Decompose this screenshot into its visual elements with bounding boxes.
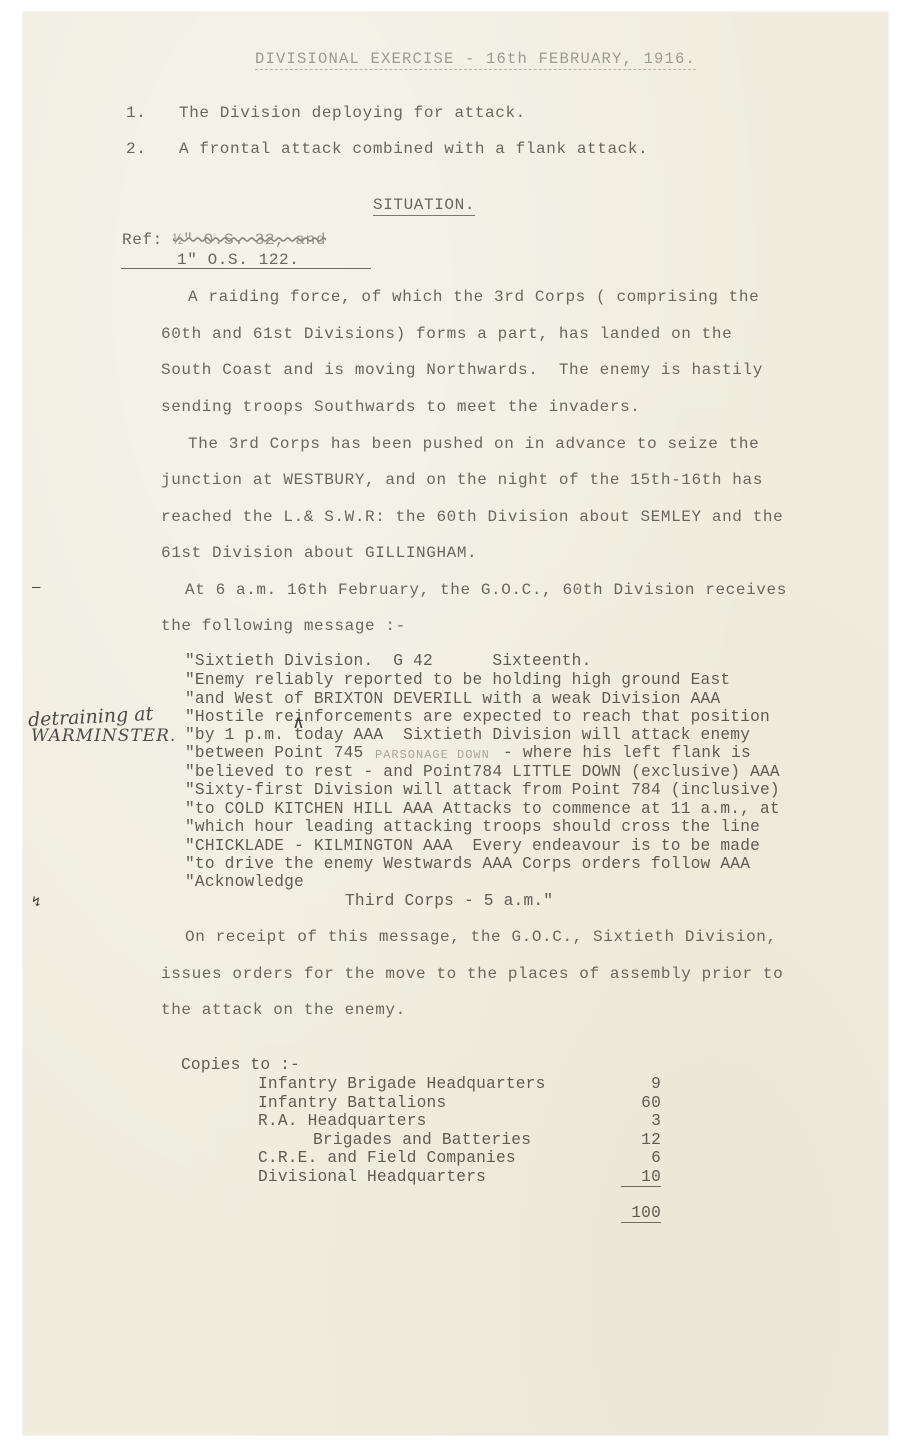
- copies-label: Copies to :-: [181, 1056, 300, 1074]
- copies-recipient-1: Infantry Brigade Headquarters: [258, 1075, 546, 1093]
- message-line-8: "Sixty-first Division will attack from P…: [185, 781, 780, 799]
- reference-struck-line: ½" O.S. 32, and: [173, 231, 326, 249]
- copies-recipient-2: Infantry Battalions: [258, 1094, 446, 1112]
- section-heading: SITUATION.: [373, 196, 475, 216]
- copies-count-2: 60: [621, 1094, 661, 1112]
- para2-line3: reached the L.& S.W.R: the 60th Division…: [161, 508, 783, 526]
- message-line-1: "Sixtieth Division. G 42 Sixteenth.: [185, 652, 591, 670]
- copies-recipient-6: Divisional Headquarters: [258, 1168, 486, 1186]
- message-signature: Third Corps - 5 a.m.": [345, 892, 553, 910]
- objective-2-number: 2.: [126, 140, 146, 158]
- para4-line3: the attack on the enemy.: [161, 1001, 406, 1019]
- para2-line4: 61st Division about GILLINGHAM.: [161, 544, 477, 562]
- reference-line-2: 1" O.S. 122.: [177, 251, 299, 269]
- margin-dash-mark: —: [32, 580, 40, 596]
- message-line-9: "to COLD KITCHEN HILL AAA Attacks to com…: [185, 800, 780, 818]
- reference-label: Ref:: [122, 231, 163, 249]
- message-insert-parsonage-down: PARSONAGE DOWN: [375, 748, 490, 762]
- document-page: DIVISIONAL EXERCISE - 16th FEBRUARY, 191…: [23, 12, 888, 1435]
- message-line-3: "and West of BRIXTON DEVERILL with a wea…: [185, 690, 720, 708]
- reference-underline: [121, 268, 371, 269]
- message-line-13: "Acknowledge: [185, 873, 304, 891]
- para1-line1: A raiding force, of which the 3rd Corps …: [188, 288, 759, 306]
- para2-line1: The 3rd Corps has been pushed on in adva…: [188, 435, 759, 453]
- insertion-caret-mark: ∧: [293, 712, 304, 734]
- copies-count-5: 6: [621, 1149, 661, 1167]
- para3-line1: At 6 a.m. 16th February, the G.O.C., 60t…: [185, 581, 787, 599]
- copies-count-6: 10: [621, 1168, 661, 1187]
- objective-1-number: 1.: [126, 104, 146, 122]
- para1-line3: South Coast and is moving Northwards. Th…: [161, 361, 763, 379]
- objective-1-text: The Division deploying for attack.: [179, 104, 526, 122]
- copies-count-1: 9: [621, 1075, 661, 1093]
- message-line-2: "Enemy reliably reported to be holding h…: [185, 671, 730, 689]
- copies-recipient-5: C.R.E. and Field Companies: [258, 1149, 516, 1167]
- para2-line2: junction at WESTBURY, and on the night o…: [161, 471, 763, 489]
- copies-total: 100: [621, 1204, 661, 1223]
- para1-line4: sending troops Southwards to meet the in…: [161, 398, 640, 416]
- para1-line2: 60th and 61st Divisions) forms a part, h…: [161, 325, 732, 343]
- message-line-6-tail: - where his left flank is: [503, 744, 751, 762]
- message-line-6: "between Point 745: [185, 744, 363, 762]
- margin-tick-mark: ↯: [32, 894, 40, 911]
- message-line-7: "believed to rest - and Point784 LITTLE …: [185, 763, 780, 781]
- message-line-5: "by 1 p.m. today AAA Sixtieth Division w…: [185, 726, 750, 744]
- handwritten-annotation-line-2: WARMINSTER.: [31, 726, 176, 746]
- message-line-10: "which hour leading attacking troops sho…: [185, 818, 760, 836]
- para4-line2: issues orders for the move to the places…: [161, 965, 783, 983]
- message-line-4: "Hostile reinforcements are expected to …: [185, 708, 770, 726]
- document-title: DIVISIONAL EXERCISE - 16th FEBRUARY, 191…: [255, 50, 696, 70]
- message-line-11: "CHICKLADE - KILMINGTON AAA Every endeav…: [185, 837, 760, 855]
- copies-count-3: 3: [621, 1112, 661, 1130]
- copies-recipient-4: Brigades and Batteries: [313, 1131, 531, 1149]
- para4-line1: On receipt of this message, the G.O.C., …: [185, 928, 777, 946]
- message-line-12: "to drive the enemy Westwards AAA Corps …: [185, 855, 750, 873]
- para3-line2: the following message :-: [161, 617, 406, 635]
- copies-count-4: 12: [621, 1131, 661, 1149]
- copies-recipient-3: R.A. Headquarters: [258, 1112, 427, 1130]
- objective-2-text: A frontal attack combined with a flank a…: [179, 140, 648, 158]
